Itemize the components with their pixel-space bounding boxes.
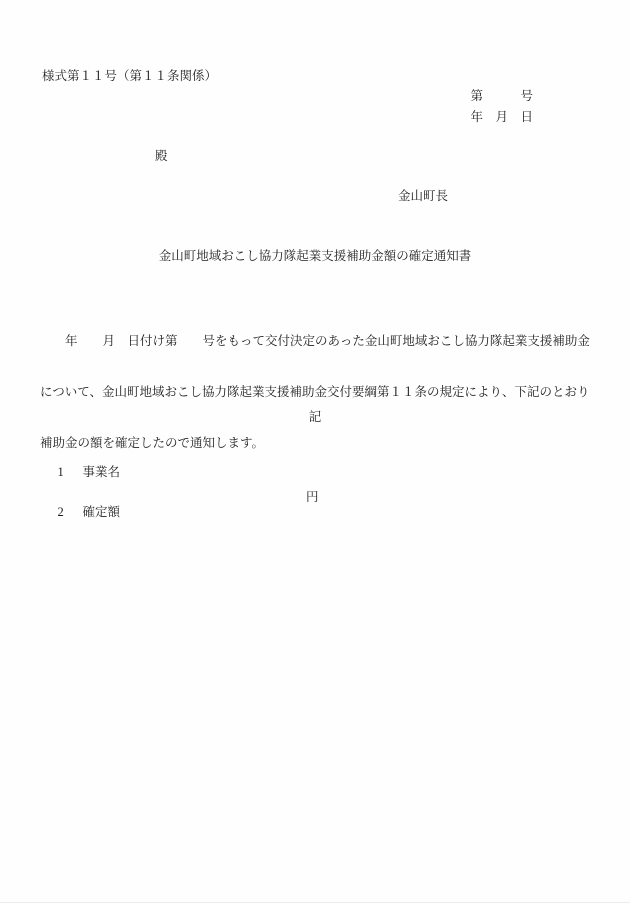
addressee-honorific: 殿: [155, 146, 168, 164]
body-line-1: 年 月 日付け第 号をもって交付決定のあった金山町地域おこし協力隊起業支援補助金: [40, 331, 592, 352]
item-label: 確定額: [83, 505, 121, 519]
date-line: 年 月 日: [470, 107, 533, 125]
document-title: 金山町地域おこし協力隊起業支援補助金額の確定通知書: [0, 246, 630, 264]
document-page: 様式第１１号（第１１条関係） 第 号 年 月 日 殿 金山町長 金山町地域おこし…: [0, 0, 630, 903]
item-number: 2: [58, 505, 83, 520]
sender-title: 金山町長: [398, 186, 448, 204]
document-number-line: 第 号: [470, 86, 533, 104]
item-label: 事業名: [83, 465, 121, 479]
body-line-2: について、金山町地域おこし協力隊起業支援補助金交付要綱第１１条の規定により、下記…: [40, 382, 592, 403]
form-number: 様式第１１号（第１１条関係）: [42, 66, 217, 84]
item-unit-yen: 円: [306, 487, 319, 505]
list-item-determined-amount: 2確定額 円: [45, 487, 590, 550]
item-number: 1: [58, 465, 83, 480]
ki-heading: 記: [0, 407, 630, 425]
